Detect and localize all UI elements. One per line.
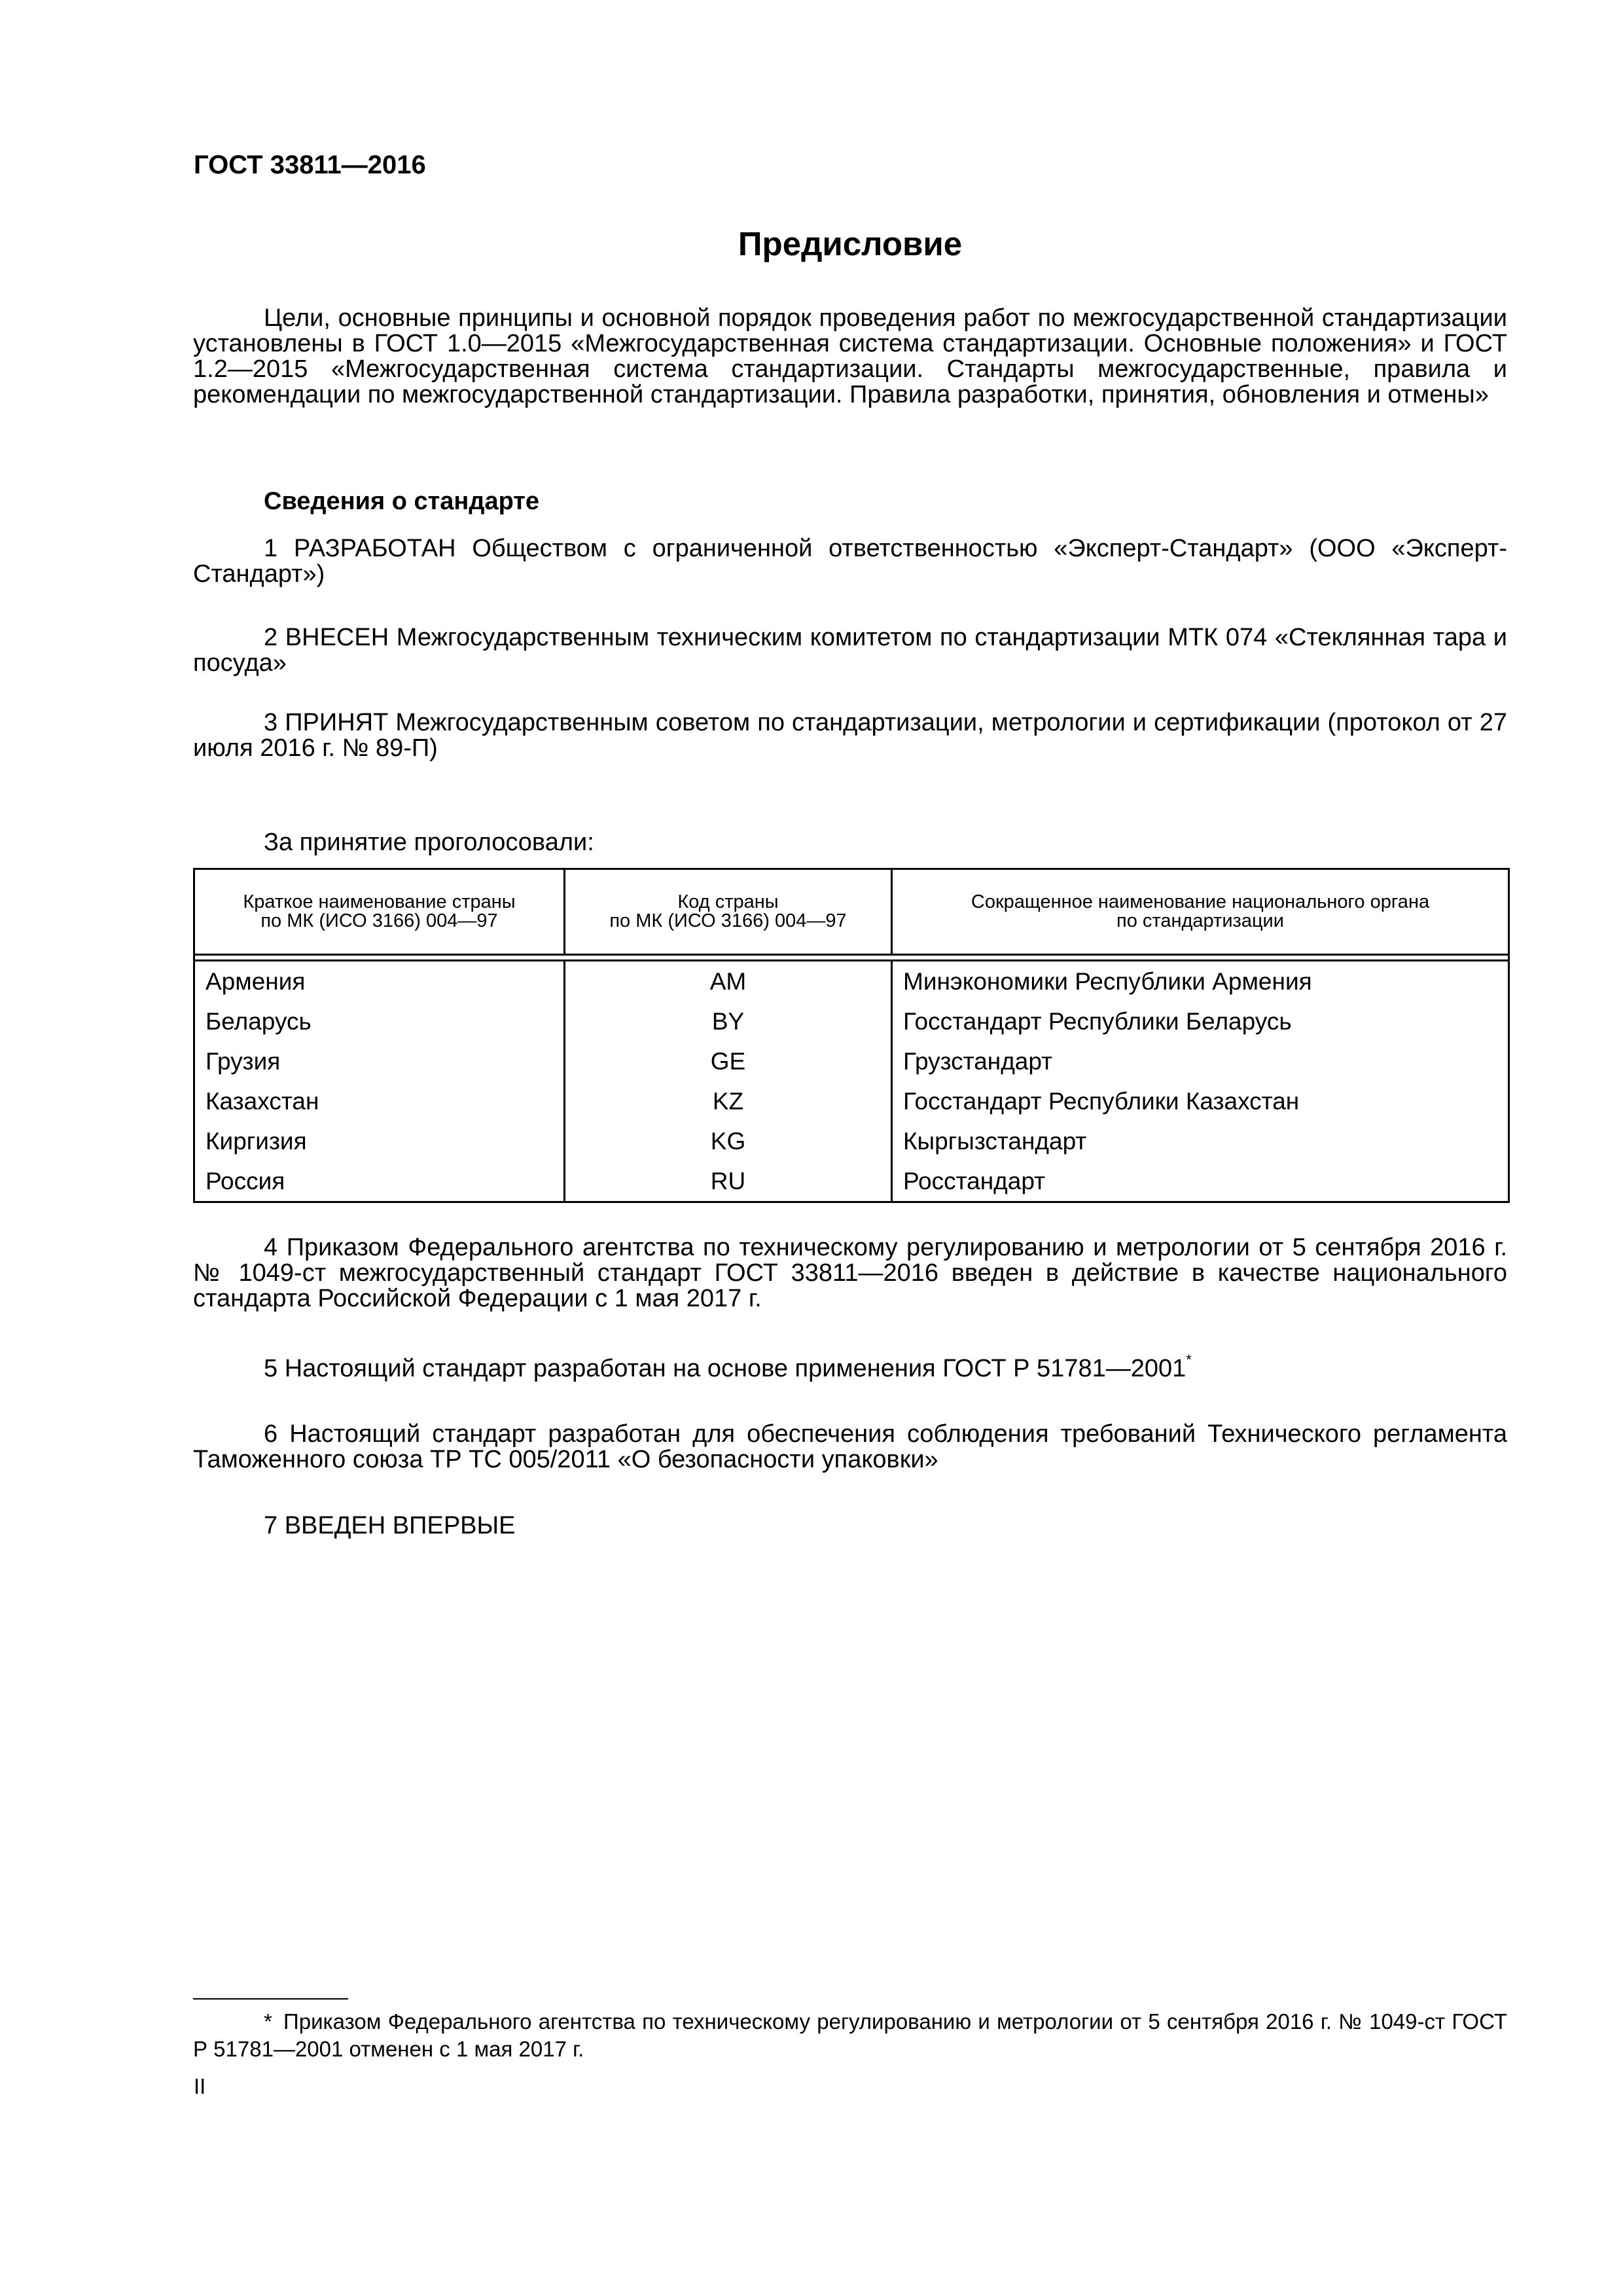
cell-code: AM <box>565 961 892 1002</box>
cell-code: GE <box>565 1041 892 1081</box>
document-code: ГОСТ 33811—2016 <box>194 152 426 178</box>
voting-table: Краткое наименование страны по МК (ИСО 3… <box>193 868 1510 1203</box>
header-country-name: Краткое наименование страны по МК (ИСО 3… <box>194 869 565 955</box>
footnote: *Приказом Федерального агентства по техн… <box>193 2008 1507 2063</box>
header-country-code: Код страны по МК (ИСО 3166) 004—97 <box>565 869 892 955</box>
cell-country: Россия <box>194 1161 565 1202</box>
cell-country: Киргизия <box>194 1121 565 1161</box>
page-title: Предисловие <box>193 227 1507 260</box>
footnote-mark: * <box>264 2008 283 2036</box>
item-2-submitted: 2 ВНЕСЕН Межгосударственным техническим … <box>193 625 1507 676</box>
cell-national-body: Кыргызстандарт <box>892 1121 1509 1161</box>
item-4-order: 4 Приказом Федерального агентства по тех… <box>193 1235 1507 1312</box>
item-7-introduced: 7 ВВЕДЕН ВПЕРВЫЕ <box>193 1513 1507 1539</box>
item-5-basis: 5 Настоящий стандарт разработан на основ… <box>193 1356 1507 1384</box>
cell-national-body: Грузстандарт <box>892 1041 1509 1081</box>
cell-code: RU <box>565 1161 892 1202</box>
item-1-developed: 1 РАЗРАБОТАН Обществом с ограниченной от… <box>193 536 1507 587</box>
footnote-reference[interactable]: * <box>1186 1352 1192 1368</box>
item-3-adopted: 3 ПРИНЯТ Межгосударственным советом по с… <box>193 710 1507 761</box>
header-separator <box>194 955 1509 961</box>
vote-intro: За принятие проголосовали: <box>193 830 1507 855</box>
header-national-body: Сокращенное наименование национального о… <box>892 869 1509 955</box>
page-number: II <box>194 2075 205 2097</box>
cell-country: Грузия <box>194 1041 565 1081</box>
table-row: КиргизияKGКыргызстандарт <box>194 1121 1509 1161</box>
cell-code: BY <box>565 1001 892 1041</box>
table-row: ГрузияGEГрузстандарт <box>194 1041 1509 1081</box>
cell-national-body: Госстандарт Республики Беларусь <box>892 1001 1509 1041</box>
table-row: АрменияAMМинэкономики Республики Армения <box>194 961 1509 1002</box>
cell-country: Казахстан <box>194 1081 565 1121</box>
table-header-row: Краткое наименование страны по МК (ИСО 3… <box>194 869 1509 955</box>
cell-national-body: Минэкономики Республики Армения <box>892 961 1509 1002</box>
intro-paragraph: Цели, основные принципы и основной поряд… <box>193 306 1507 408</box>
cell-code: KG <box>565 1121 892 1161</box>
cell-national-body: Госстандарт Республики Казахстан <box>892 1081 1509 1121</box>
table-row: БеларусьBYГосстандарт Республики Беларус… <box>194 1001 1509 1041</box>
section-heading: Сведения о стандарте <box>264 489 539 514</box>
table-row: РоссияRUРосстандарт <box>194 1161 1509 1202</box>
cell-code: KZ <box>565 1081 892 1121</box>
footnote-separator <box>193 1998 348 2000</box>
cell-national-body: Росстандарт <box>892 1161 1509 1202</box>
cell-country: Беларусь <box>194 1001 565 1041</box>
cell-country: Армения <box>194 961 565 1002</box>
table-row: КазахстанKZГосстандарт Республики Казахс… <box>194 1081 1509 1121</box>
item-6-compliance: 6 Настоящий стандарт разработан для обес… <box>193 1422 1507 1473</box>
